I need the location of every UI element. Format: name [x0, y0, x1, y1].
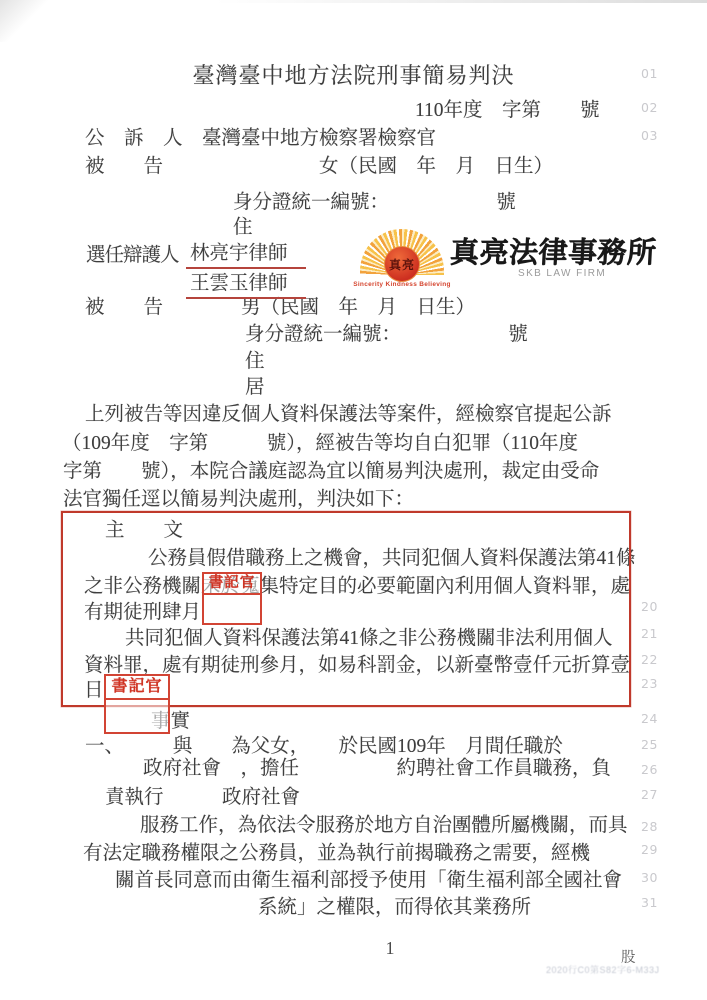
line-number: 01	[641, 66, 671, 81]
line-number: 21	[641, 626, 671, 641]
document-line: 政府社會 ，擔任 約聘社會工作員職務，負	[143, 757, 611, 780]
line-number: 22	[641, 652, 671, 667]
document-line: 居	[245, 376, 265, 399]
defense-lawyer-name: 林亮宇律師	[186, 237, 306, 269]
line-number: 26	[641, 762, 671, 777]
document-line: 一、 與 為父女， 於民國109年 月間任職於	[85, 735, 563, 758]
line-number: 03	[641, 128, 671, 143]
document-line: 身分證統一編號： 號	[233, 191, 516, 214]
court-judgment-page: 臺灣臺中地方法院刑事簡易判決 110年度 字第 號公 訴 人 臺灣臺中地方檢察署…	[0, 0, 707, 1000]
sunburst-logo-icon: 真亮 Sincerity Kindness Believing	[360, 229, 444, 291]
document-line: 身分證統一編號： 號	[245, 323, 528, 346]
page-title: 臺灣臺中地方法院刑事簡易判決	[0, 59, 707, 90]
law-firm-name-en: SKB LAW FIRM	[518, 268, 606, 279]
document-line: 責執行 政府社會	[105, 786, 300, 809]
document-line: 住	[233, 216, 253, 239]
sun-core-badge: 真亮	[384, 246, 420, 282]
footer-code: 2020行C0第S82字6-M33J	[546, 963, 660, 976]
defense-counsel-label: 選任辯護人	[86, 239, 179, 267]
line-number: 02	[641, 100, 671, 115]
clerk-stamp-empty-cell	[204, 595, 260, 623]
document-line: 法官獨任逕以簡易判決處刑，判決如下：	[63, 488, 414, 511]
document-line: 上列被告等因違反個人資料保護法等案件，經檢察官提起公訴	[85, 403, 612, 426]
clerk-stamp: 書記官	[104, 674, 170, 734]
line-number: 23	[641, 676, 671, 691]
scan-edge-artifact	[215, 0, 707, 3]
line-number: 31	[641, 895, 671, 910]
document-line: 服務工作，為依法令服務於地方自治團體所屬機關，而具	[140, 814, 628, 837]
line-number: 20	[641, 599, 671, 614]
document-line: 被 告 男（民國 年 月 日生）	[85, 296, 475, 319]
clerk-stamp-empty-cell	[106, 700, 168, 732]
document-line: 公 訴 人 臺灣臺中地方檢察署檢察官	[85, 127, 436, 150]
line-number: 30	[641, 870, 671, 885]
defense-lawyer-name: 王雲玉律師	[186, 267, 306, 299]
document-line: 字第 號），本院合議庭認為宜以簡易判決處刑，裁定由受命	[63, 460, 599, 483]
document-line: 110年度 字第 號	[415, 99, 600, 122]
document-line: 有法定職務權限之公務員，並為執行前揭職務之需要，經機	[83, 842, 590, 865]
law-firm-logo: 真亮 Sincerity Kindness Believing 真亮法律事務所 …	[360, 228, 650, 290]
law-firm-name-zh: 真亮法律事務所	[449, 230, 658, 271]
line-number: 27	[641, 787, 671, 802]
document-line: 被 告 女（民國 年 月 日生）	[85, 155, 553, 178]
clerk-stamp-label: 書記官	[106, 676, 168, 700]
document-line: 關首長同意而由衛生福利部授予使用「衛生福利部全國社會	[115, 869, 622, 892]
scan-corner-artifact	[0, 0, 48, 42]
line-number: 29	[641, 842, 671, 857]
clerk-stamp-label: 書記官	[204, 574, 260, 595]
page-number: 1	[0, 938, 707, 959]
logo-motto: Sincerity Kindness Believing	[352, 281, 452, 288]
clerk-stamp: 書記官	[202, 572, 262, 625]
line-number: 24	[641, 711, 671, 726]
document-line: 系統」之權限，而得依其業務所	[258, 896, 531, 919]
line-number: 25	[641, 737, 671, 752]
line-number: 28	[641, 819, 671, 834]
document-line: （109年度 字第 號），經被告等均自白犯罪（110年度	[62, 432, 578, 455]
document-line: 住	[245, 350, 265, 373]
